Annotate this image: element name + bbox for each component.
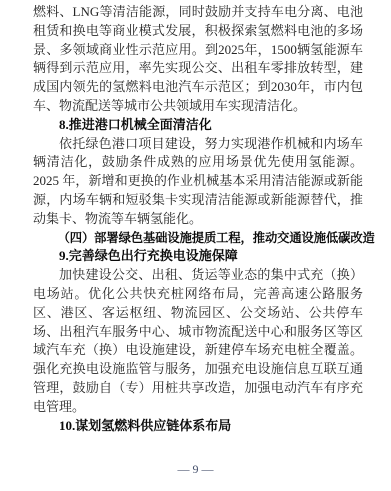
document-body: 燃料、LNG等清洁能源，同时鼓励并支持车电分离、电池租赁和换电等商业模式发展，积… [33, 3, 363, 435]
page-number: — 9 — [0, 463, 391, 475]
heading-hydrogen-supply-chain: 10.谋划氢燃料供应链体系布局 [33, 417, 363, 436]
paragraph-port-machinery: 依托绿色港口项目建设，努力实现港作机械和内场车辆清洁化，鼓励条件成熟的应用场景优… [33, 135, 363, 229]
paragraph-charging-infrastructure: 加快建设公交、出租、货运等业态的集中式充（换）电场站。优化公共快充桩网络布局，完… [33, 266, 363, 416]
heading-port-machinery-cleanup: 8.推进港口机械全面清洁化 [33, 116, 363, 135]
document-page: 燃料、LNG等清洁能源，同时鼓励并支持车电分离、电池租赁和换电等商业模式发展，积… [0, 0, 391, 491]
paragraph-clean-fuel-continuation: 燃料、LNG等清洁能源，同时鼓励并支持车电分离、电池租赁和换电等商业模式发展，积… [33, 3, 363, 116]
heading-section-green-infrastructure: （四）部署绿色基础设施提质工程，推动交通设施低碳改造 [33, 229, 363, 248]
heading-charging-facilities: 9.完善绿色出行充换电设施保障 [33, 247, 363, 266]
